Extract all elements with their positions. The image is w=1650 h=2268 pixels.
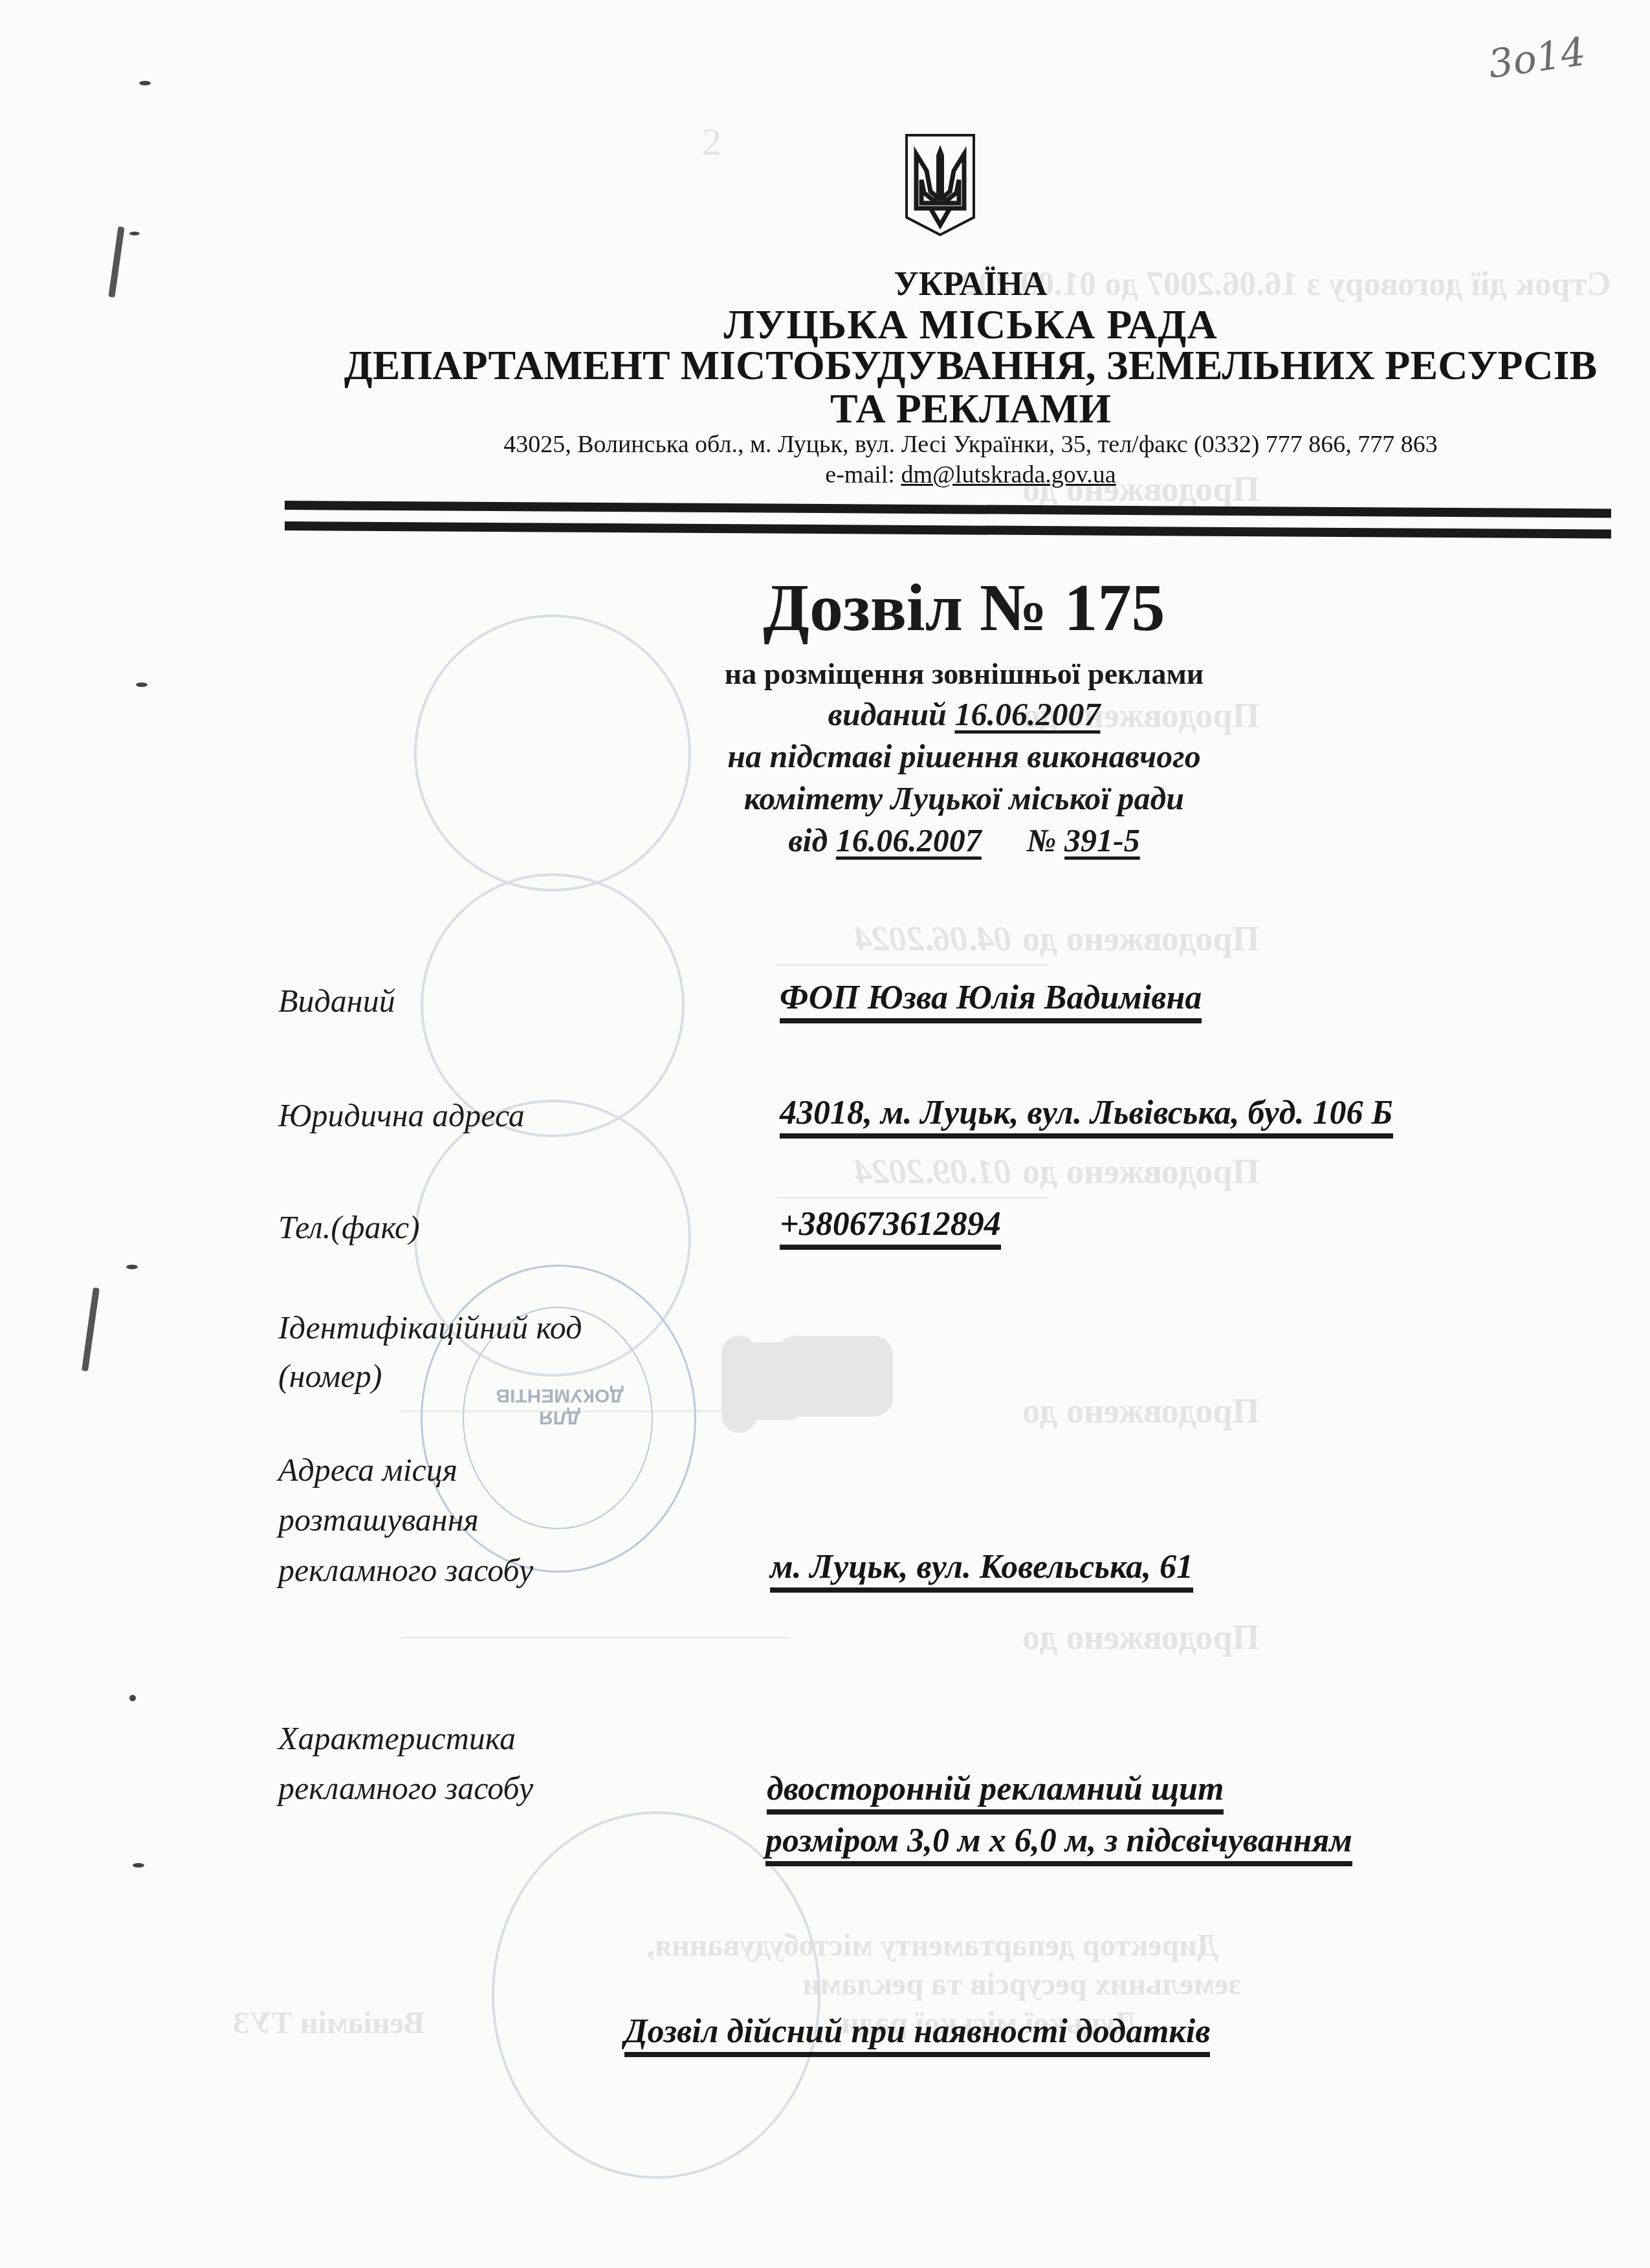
permit-basis-line2: комітету Луцької міської ради [139, 780, 1650, 817]
ghost-extended-5: Продовжено до [1022, 1391, 1259, 1431]
issued-to-label: Виданий [278, 977, 395, 1025]
id-code-label-1: Ідентифікаційний код [278, 1303, 582, 1351]
header-department-line2: ТА РЕКЛАМИ [146, 385, 1650, 433]
header-email-line: e-mail: dm@lutskrada.gov.ua [146, 461, 1650, 489]
legal-address-label: Юридична адреса [278, 1091, 525, 1139]
ghost-date-2: 01.09.2024 [854, 1151, 1011, 1192]
ukraine-trident-icon [905, 133, 976, 237]
phone-value: +380673612894 [780, 1205, 1001, 1250]
issued-to-value: ФОП Юзва Юлія Вадимівна [780, 978, 1202, 1023]
ghost-director-1: Директор департаменту містобудування, [647, 1928, 1218, 1963]
characteristics-value-1: двосторонній рекламний щит [767, 1769, 1224, 1815]
handwritten-mark: 3о14 [1486, 29, 1589, 87]
ghost-extended-3: Продовжено до [1022, 919, 1259, 959]
ghost-director-name: Веніамін ТУЗ [233, 2005, 424, 2041]
footer-validity-note: Дозвіл дійсний при наявності додатків [624, 2012, 1210, 2057]
reverse-page-number: 2 [702, 120, 721, 164]
decision-date: 16.06.2007 [836, 822, 982, 858]
header-country: УКРАЇНА [146, 265, 1650, 303]
legal-address-value: 43018, м. Луцьк, вул. Львівська, буд. 10… [780, 1093, 1393, 1139]
location-value: м. Луцьк, вул. Ковельська, 61 [770, 1547, 1193, 1593]
phone-label: Тел.(факс) [278, 1203, 420, 1251]
location-label-1: Адреса місця [278, 1446, 457, 1494]
location-label-3: рекламного засобу [278, 1546, 533, 1594]
ghost-director-2: земельних ресурсів та реклами [802, 1967, 1241, 2002]
characteristics-label-1: Характеристика [278, 1714, 516, 1762]
staple-bottom [82, 1287, 100, 1371]
permit-basis-line1: на підставі рішення виконавчого [139, 737, 1650, 775]
decision-number-label: № [1027, 822, 1064, 858]
email-link[interactable]: dm@lutskrada.gov.ua [901, 461, 1116, 488]
ghost-extended-6: Продовжено до [1022, 1617, 1259, 1657]
location-label-2: розташування [278, 1496, 479, 1543]
permit-issued-line: виданий 16.06.2007 [139, 695, 1650, 733]
ghost-seal-4 [492, 1811, 820, 2179]
issued-label: виданий [828, 696, 955, 732]
permit-purpose: на розміщення зовнішньої реклами [139, 657, 1650, 691]
ghost-extended-4: Продовжено до [1022, 1151, 1259, 1192]
decision-from-label: від [788, 822, 836, 858]
header-address: 43025, Волинська обл., м. Луцьк, вул. Ле… [146, 430, 1650, 459]
ghost-date-1: 04.06.2024 [854, 919, 1011, 959]
header-department: ДЕПАРТАМЕНТ МІСТОБУДУВАННЯ, ЗЕМЕЛЬНИХ РЕ… [146, 342, 1650, 389]
issued-date: 16.06.2007 [954, 696, 1100, 732]
permit-decision-line: від 16.06.2007№ 391-5 [139, 822, 1650, 859]
office-stamp-text: ДЛЯ ДОКУМЕНТІВ [476, 1384, 644, 1428]
id-code-redaction-3 [776, 1336, 893, 1417]
decision-number: 391-5 [1064, 822, 1140, 858]
id-code-label-2: (номер) [278, 1352, 382, 1400]
header-rule-bottom [285, 521, 1611, 539]
staple-top [108, 226, 124, 298]
email-label: e-mail: [825, 461, 901, 488]
characteristics-label-2: рекламного засобу [278, 1764, 533, 1812]
permit-title: Дозвіл № 175 [139, 569, 1650, 646]
characteristics-value-2: розміром 3,0 м х 6,0 м, з підсвічуванням [765, 1821, 1352, 1866]
header-rule-top [285, 501, 1611, 518]
